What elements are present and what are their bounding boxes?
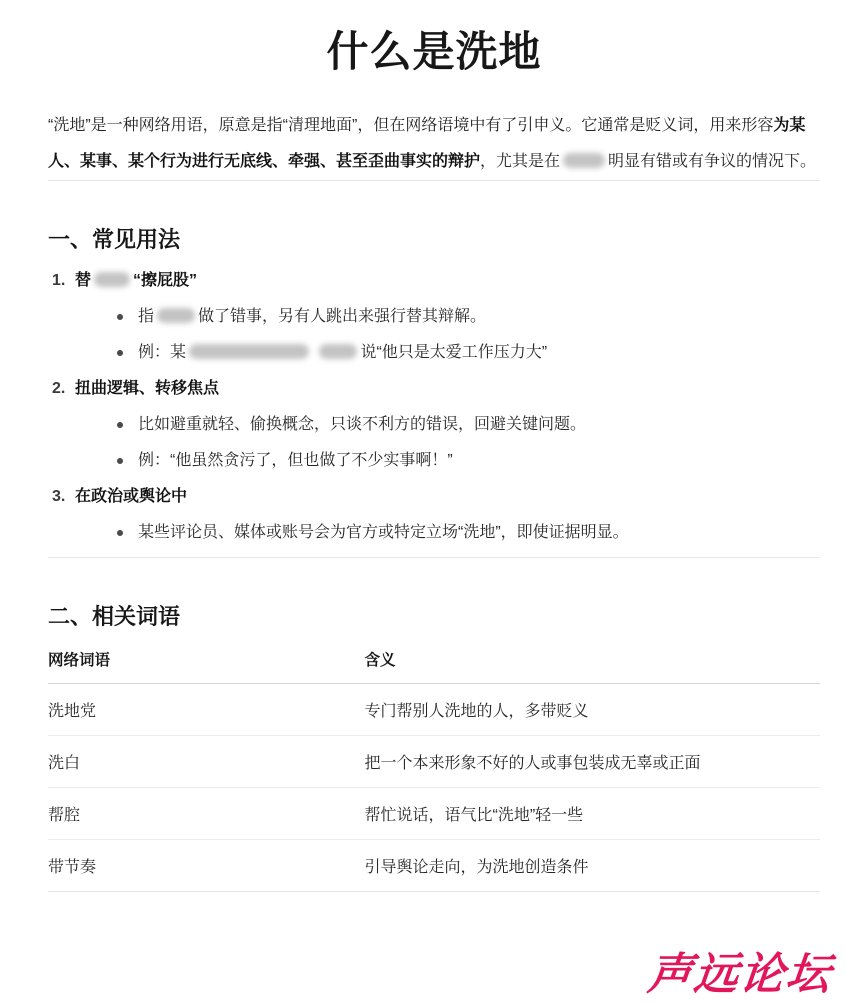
term-cell: 带节奏: [48, 840, 365, 892]
list-item-title: 在政治或舆论中: [75, 485, 187, 509]
bullet-item: 指做了错事，另有人跳出来强行替其辩解。: [48, 305, 820, 329]
bullet-item: 例：某 说“他只是太爱工作压力大”: [48, 341, 820, 365]
list-item-number: 2.: [52, 377, 75, 401]
intro-paragraph: “洗地”是一种网络用语，原意是指“清理地面”，但在网络语境中有了引申义。它通常是…: [48, 108, 820, 180]
list-item: 1. 替“擦屁股”: [48, 269, 820, 293]
table-header-term: 网络词语: [48, 642, 365, 684]
text-segment: 替: [75, 272, 91, 289]
text-segment: 某些评论员、媒体或账号会为官方或特定立场“洗地”，即使证据明显。: [138, 524, 629, 541]
bullet-item: 某些评论员、媒体或账号会为官方或特定立场“洗地”，即使证据明显。: [48, 521, 820, 545]
meaning-cell: 把一个本来形象不好的人或事包装成无辜或正面: [365, 736, 820, 788]
list-item-title: 扭曲逻辑、转移焦点: [75, 377, 219, 401]
text-segment: 说“他只是太爱工作压力大”: [360, 344, 547, 361]
text-segment: 做了错事，另有人跳出来强行替其辩解。: [198, 308, 486, 325]
text-segment: 比如避重就轻、偷换概念，只谈不利方的错误，回避关键问题。: [138, 416, 586, 433]
text-segment: “擦屁股”: [133, 272, 197, 289]
meaning-cell: 引导舆论走向，为洗地创造条件: [365, 840, 820, 892]
section-heading-terms: 二、相关词语: [48, 604, 820, 630]
table-row: 洗白 把一个本来形象不好的人或事包装成无辜或正面: [48, 736, 820, 788]
document-content: 什么是洗地 “洗地”是一种网络用语，原意是指“清理地面”，但在网络语境中有了引申…: [0, 24, 846, 892]
usage-ordered-list: 1. 替“擦屁股” 指做了错事，另有人跳出来强行替其辩解。 例：某 说“他只是太…: [48, 269, 820, 545]
bullet-text: 例：某 说“他只是太爱工作压力大”: [138, 341, 547, 365]
section-divider: [48, 557, 820, 558]
list-item-number: 1.: [52, 269, 75, 293]
table-header-meaning: 含义: [365, 642, 820, 684]
list-item: 2. 扭曲逻辑、转移焦点: [48, 377, 820, 401]
redacted-blur: [189, 344, 309, 359]
text-segment: 例：“他虽然贪污了，但也做了不少实事啊！”: [138, 452, 453, 469]
term-cell: 帮腔: [48, 788, 365, 840]
text-segment: 指: [138, 308, 154, 325]
bullet-item: 例：“他虽然贪污了，但也做了不少实事啊！”: [48, 449, 820, 473]
redacted-blur: [94, 272, 130, 287]
term-cell: 洗地党: [48, 684, 365, 736]
section-divider: [48, 180, 820, 181]
text-segment: “洗地”是一种网络用语，原意是指“清理地面”，但在网络语境中有了引申义。它通常是…: [48, 117, 773, 134]
bullet-text: 某些评论员、媒体或账号会为官方或特定立场“洗地”，即使证据明显。: [138, 521, 629, 545]
term-cell: 洗白: [48, 736, 365, 788]
list-item-number: 3.: [52, 485, 75, 509]
meaning-cell: 专门帮别人洗地的人，多带贬义: [365, 684, 820, 736]
list-item-title: 替“擦屁股”: [75, 269, 197, 293]
text-segment: [312, 344, 316, 361]
text-segment: 明显有错或有争议的情况下。: [608, 153, 816, 170]
redacted-blur: [563, 153, 605, 168]
bullet-item: 比如避重就轻、偷换概念，只谈不利方的错误，回避关键问题。: [48, 413, 820, 437]
page-title: 什么是洗地: [48, 24, 820, 80]
document-page: 什么是洗地 “洗地”是一种网络用语，原意是指“清理地面”，但在网络语境中有了引申…: [0, 0, 846, 1005]
table-row: 洗地党 专门帮别人洗地的人，多带贬义: [48, 684, 820, 736]
bullet-text: 指做了错事，另有人跳出来强行替其辩解。: [138, 305, 486, 329]
forum-watermark-logo: 声远论坛: [645, 951, 834, 999]
text-segment: 例：某: [138, 344, 186, 361]
redacted-blur: [157, 308, 195, 323]
text-segment: 扭曲逻辑、转移焦点: [75, 380, 219, 397]
meaning-cell: 帮忙说话，语气比“洗地”轻一些: [365, 788, 820, 840]
bullet-text: 例：“他虽然贪污了，但也做了不少实事啊！”: [138, 449, 453, 473]
table-header-row: 网络词语 含义: [48, 642, 820, 684]
bullet-text: 比如避重就轻、偷换概念，只谈不利方的错误，回避关键问题。: [138, 413, 586, 437]
section-heading-usage: 一、常见用法: [48, 227, 820, 253]
list-item: 3. 在政治或舆论中: [48, 485, 820, 509]
redacted-blur: [319, 344, 357, 359]
text-segment: ，尤其是在: [480, 153, 560, 170]
table-row: 带节奏 引导舆论走向，为洗地创造条件: [48, 840, 820, 892]
bottom-divider: [48, 891, 820, 892]
table-row: 帮腔 帮忙说话，语气比“洗地”轻一些: [48, 788, 820, 840]
text-segment: 在政治或舆论中: [75, 488, 187, 505]
related-terms-table: 网络词语 含义 洗地党 专门帮别人洗地的人，多带贬义 洗白 把一个本来形象不好的…: [48, 642, 820, 891]
